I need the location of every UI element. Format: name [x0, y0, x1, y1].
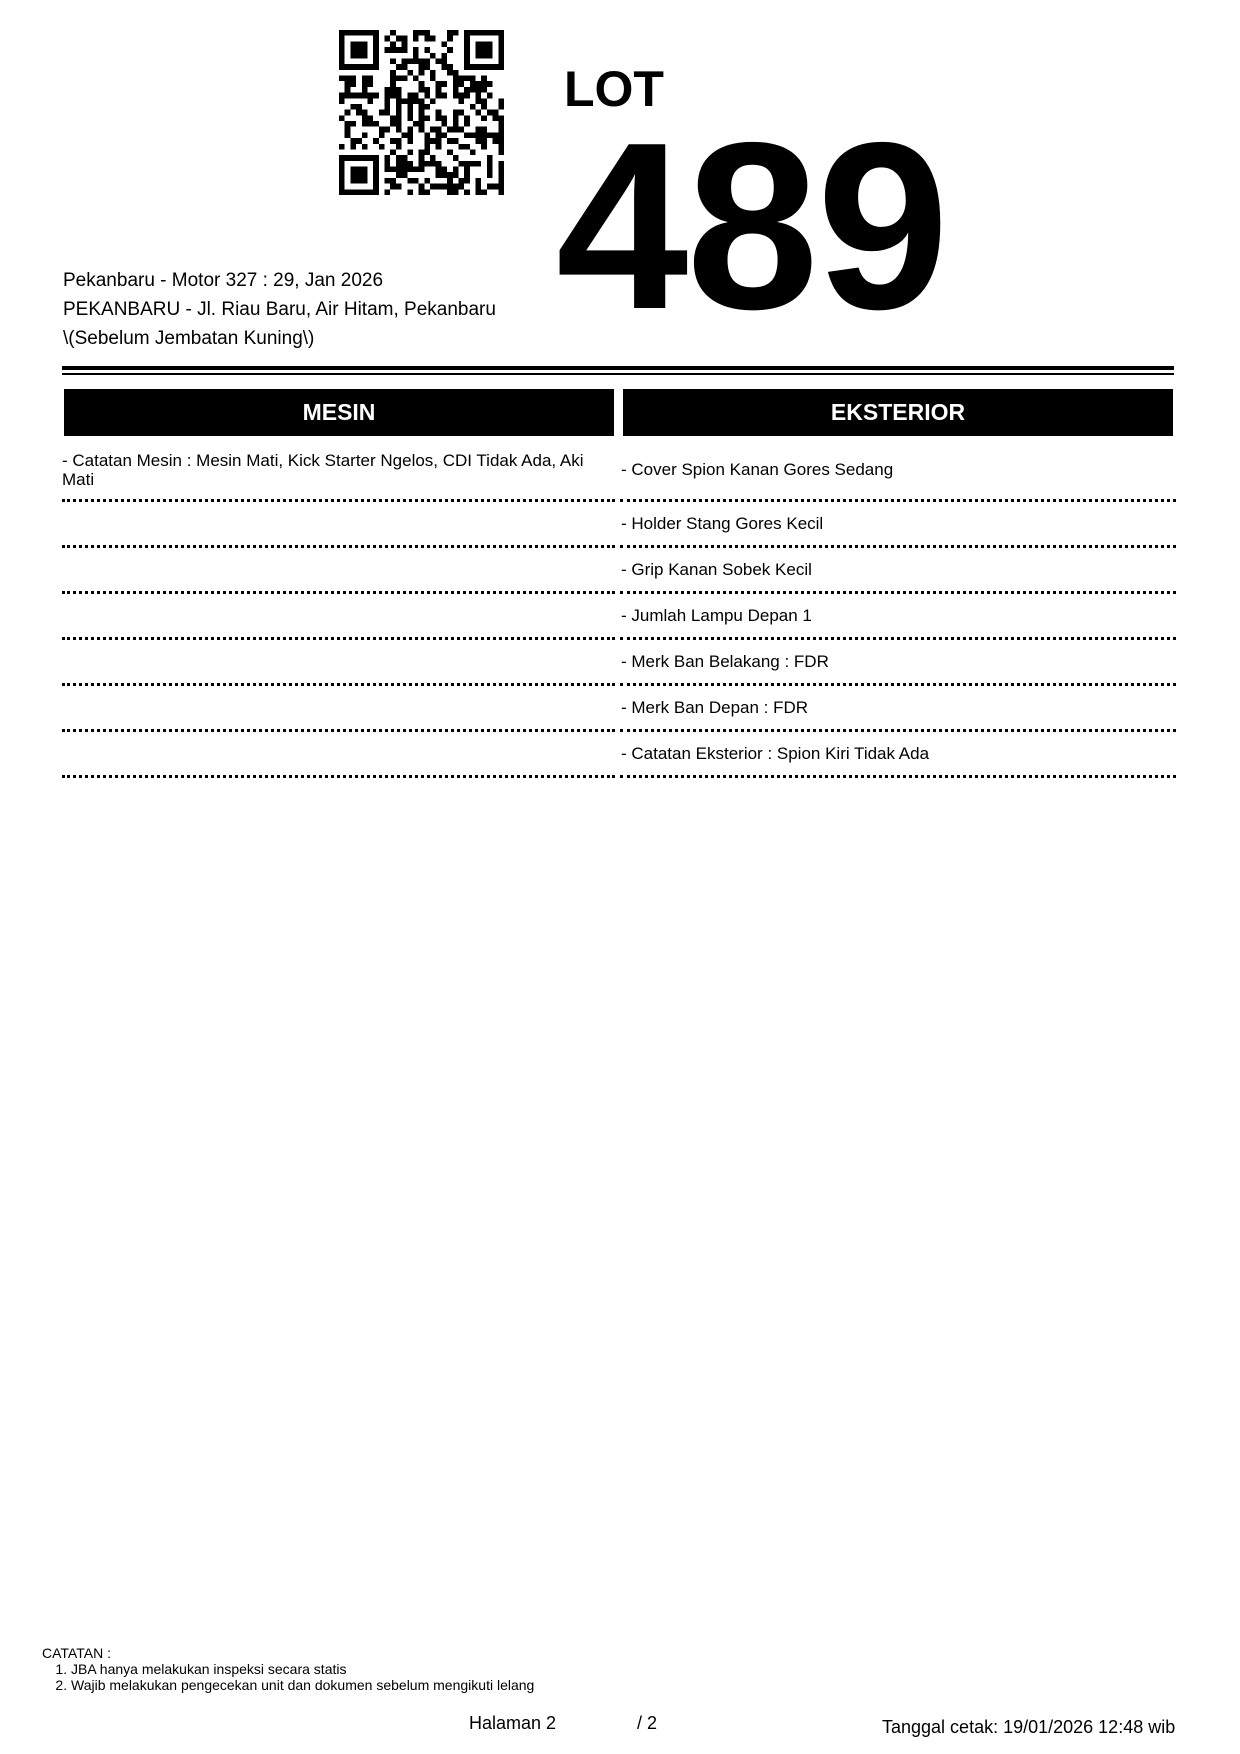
- divider: [62, 366, 1174, 370]
- note-item: Wajib melakukan pengecekan unit dan doku…: [71, 1677, 534, 1693]
- list-item: - Catatan Eksterior : Spion Kiri Tidak A…: [620, 732, 1176, 778]
- list-item: - Cover Spion Kanan Gores Sedang: [620, 440, 1176, 502]
- list-item: - Jumlah Lampu Depan 1: [620, 594, 1176, 640]
- section-header-eksterior: EKSTERIOR: [623, 389, 1173, 436]
- list-item: [62, 732, 615, 778]
- list-item: [62, 640, 615, 686]
- notes: CATATAN : JBA hanya melakukan inspeksi s…: [42, 1645, 534, 1693]
- note-item: JBA hanya melakukan inspeksi secara stat…: [71, 1661, 534, 1677]
- eksterior-list: - Cover Spion Kanan Gores Sedang - Holde…: [620, 440, 1176, 778]
- list-item: - Grip Kanan Sobek Kecil: [620, 548, 1176, 594]
- list-item: - Merk Ban Depan : FDR: [620, 686, 1176, 732]
- list-item: [62, 686, 615, 732]
- auction-location-note: \(Sebelum Jembatan Kuning\): [63, 324, 496, 353]
- qr-code-icon: [339, 30, 504, 195]
- divider: [62, 373, 1174, 375]
- auction-title: Pekanbaru - Motor 327 : 29, Jan 2026: [63, 266, 496, 295]
- print-date: Tanggal cetak: 19/01/2026 12:48 wib: [882, 1717, 1175, 1738]
- list-item: - Merk Ban Belakang : FDR: [620, 640, 1176, 686]
- list-item: [62, 502, 615, 548]
- list-item: - Catatan Mesin : Mesin Mati, Kick Start…: [62, 440, 615, 502]
- lot-number: 489: [556, 108, 947, 346]
- auction-location: PEKANBARU - Jl. Riau Baru, Air Hitam, Pe…: [63, 295, 496, 324]
- page-total: / 2: [637, 1713, 657, 1734]
- mesin-list: - Catatan Mesin : Mesin Mati, Kick Start…: [62, 440, 615, 778]
- auction-info: Pekanbaru - Motor 327 : 29, Jan 2026 PEK…: [63, 266, 496, 353]
- section-header-mesin: MESIN: [64, 389, 614, 436]
- page-number: Halaman 2: [469, 1713, 556, 1734]
- notes-title: CATATAN :: [42, 1645, 534, 1661]
- list-item: [62, 594, 615, 640]
- list-item: - Holder Stang Gores Kecil: [620, 502, 1176, 548]
- list-item: [62, 548, 615, 594]
